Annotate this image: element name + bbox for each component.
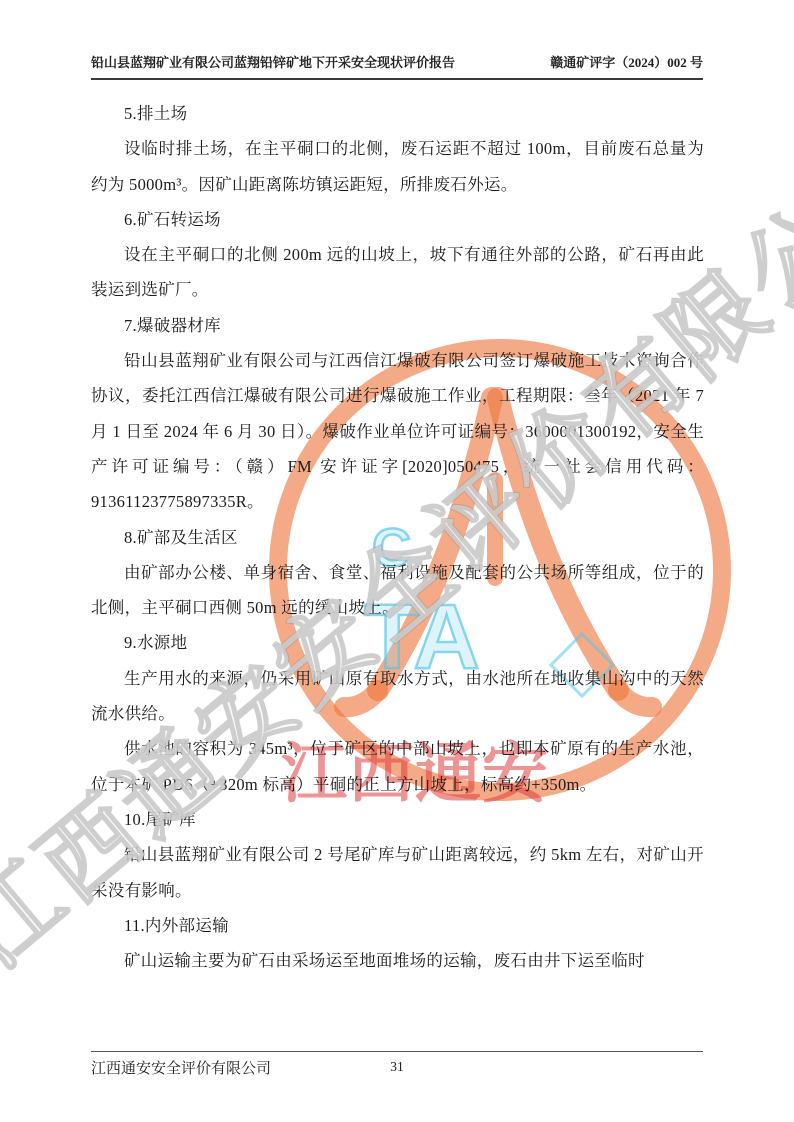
report-section: 8.矿部及生活区 由矿部办公楼、单身宿舍、食堂、福利设施及配套的公共场所等组成，… [91, 520, 704, 626]
section-heading: 9.水源地 [91, 625, 704, 660]
report-section: 7.爆破器材库 铅山县蓝翔矿业有限公司与江西信江爆破有限公司签订爆破施工技术咨询… [91, 308, 704, 520]
header-doc-number: 赣通矿评字（2024）002 号 [550, 52, 703, 71]
section-heading: 11.内外部运输 [91, 908, 704, 943]
report-page: C TA 江西通安 铅山县蓝翔矿业有限公司蓝翔铅锌矿地下开采安全现状评价报告 赣… [0, 0, 794, 1122]
page-number: 31 [91, 1059, 703, 1075]
section-heading: 6.矿石转运场 [91, 202, 704, 237]
report-section: 11.内外部运输 矿山运输主要为矿石由采场运至地面堆场的运输，废石由井下运至临时 [91, 908, 704, 979]
section-paragraph: 矿山运输主要为矿石由采场运至地面堆场的运输，废石由井下运至临时 [91, 943, 704, 978]
page-header: 铅山县蓝翔矿业有限公司蓝翔铅锌矿地下开采安全现状评价报告 赣通矿评字（2024）… [91, 52, 703, 80]
section-heading: 8.矿部及生活区 [91, 520, 704, 555]
section-paragraph: 生产用水的来源，仍采用矿山原有取水方式，由水池所在地收集山沟中的天然流水供给。 [91, 661, 704, 732]
section-paragraph: 设临时排土场，在主平硐口的北侧，废石运距不超过 100m，目前废石总量为约为 5… [91, 131, 704, 202]
document-body: 5.排土场 设临时排土场，在主平硐口的北侧，废石运距不超过 100m，目前废石总… [91, 96, 704, 978]
section-heading: 7.爆破器材库 [91, 308, 704, 343]
page-footer: 江西通安安全评价有限公司 31 [91, 1051, 703, 1078]
report-section: 9.水源地 生产用水的来源，仍采用矿山原有取水方式，由水池所在地收集山沟中的天然… [91, 625, 704, 801]
report-section: 10.尾矿库 铅山县蓝翔矿业有限公司 2 号尾矿库与矿山距离较远，约 5km 左… [91, 802, 704, 908]
section-paragraph: 由矿部办公楼、单身宿舍、食堂、福利设施及配套的公共场所等组成，位于的北侧，主平硐… [91, 555, 704, 626]
section-paragraph: 供水池的容积为 345m³，位于矿区的中部山坡上，也即本矿原有的生产水池，位于本… [91, 731, 704, 802]
section-paragraph: 设在主平硐口的北侧 200m 远的山坡上，坡下有通往外部的公路，矿石再由此装运到… [91, 237, 704, 308]
section-heading: 10.尾矿库 [91, 802, 704, 837]
section-paragraph: 铅山县蓝翔矿业有限公司 2 号尾矿库与矿山距离较远，约 5km 左右，对矿山开采… [91, 837, 704, 908]
report-section: 5.排土场 设临时排土场，在主平硐口的北侧，废石运距不超过 100m，目前废石总… [91, 96, 704, 202]
report-section: 6.矿石转运场 设在主平硐口的北侧 200m 远的山坡上，坡下有通往外部的公路，… [91, 202, 704, 308]
section-paragraph: 铅山县蓝翔矿业有限公司与江西信江爆破有限公司签订爆破施工技术咨询合作协议，委托江… [91, 343, 704, 519]
section-heading: 5.排土场 [91, 96, 704, 131]
header-report-title: 铅山县蓝翔矿业有限公司蓝翔铅锌矿地下开采安全现状评价报告 [91, 52, 455, 71]
